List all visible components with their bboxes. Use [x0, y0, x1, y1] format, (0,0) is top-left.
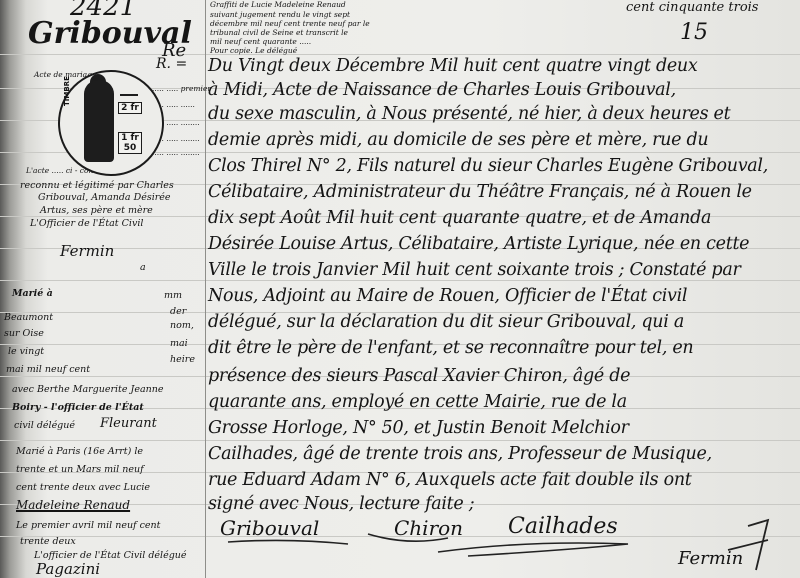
margin-note-line: ..... ..... premier	[152, 84, 211, 93]
act-line: rue Eduard Adam N° 6, Auxquels acte fait…	[208, 470, 692, 490]
marriage-note-1-signature: Fleurant	[100, 416, 157, 431]
stamp-value-top: 2 fr	[118, 102, 142, 114]
marriage-note-1-line: Marié à	[12, 288, 53, 299]
act-line: Clos Thirel N° 2, Fils naturel du sieur …	[208, 156, 768, 176]
signature-flourishes-icon	[208, 510, 800, 578]
marriage-note-2-line: Marié à Paris (16e Arrt) le	[16, 446, 143, 457]
marriage-note-2-signature: Pagazini	[36, 560, 100, 578]
act-line: dix sept Août Mil huit cent quarante qua…	[208, 208, 711, 228]
stamp-ring-text: TIMBRE	[63, 76, 71, 106]
margin-note-line: reconnu et légitimé par Charles	[20, 180, 174, 191]
margin-mid-text: nom,	[170, 320, 194, 331]
top-annotation-line: décembre mil neuf cent trente neuf par l…	[210, 19, 370, 28]
act-line: demie après midi, au domicile de ses pèr…	[208, 130, 708, 150]
register-page: 2421 Gribouval Re R. = Acte de mariage .…	[0, 0, 800, 578]
margin-mid-text: heire	[170, 354, 195, 365]
top-annotation-line: tribunal civil de Seine et transcrit le	[210, 28, 348, 37]
marriage-note-2-line: Madeleine Renaud	[16, 498, 130, 512]
birth-act-body: Graffiti de Lucie Madeleine Renaud suiva…	[208, 0, 800, 578]
act-line: Ville le trois Janvier Mil huit cent soi…	[208, 260, 741, 280]
margin-mid-text: mm	[164, 290, 182, 301]
marriage-note-1-line: Boiry - l'officier de l'État	[12, 402, 144, 413]
marriage-note-2-line: trente deux	[20, 536, 76, 547]
act-line: du sexe masculin, à Nous présenté, né hi…	[208, 104, 730, 124]
margin-mid-text: mai	[170, 338, 188, 349]
left-margin: 2421 Gribouval Re R. = Acte de mariage .…	[0, 0, 208, 578]
margin-note-line: L'Officier de l'État Civil	[30, 218, 143, 229]
marriage-note-1-line: mai mil neuf cent	[6, 364, 90, 375]
top-annotation-line: mil neuf cent quarante .....	[210, 37, 311, 46]
act-line: délégué, sur la déclaration du dit sieur…	[208, 312, 684, 332]
margin-note-line: ..... ..... ........	[152, 148, 200, 157]
top-annotation-line: Graffiti de Lucie Madeleine Renaud	[210, 0, 346, 9]
margin-header-abbrev2: R. =	[156, 56, 187, 72]
act-line: Grosse Horloge, N° 50, et Justin Benoit …	[208, 418, 629, 438]
marriage-note-2-line: Le premier avril mil neuf cent	[16, 520, 160, 531]
marriage-note-1-line: civil délégué	[14, 420, 75, 431]
stamp-value-bottom: 1 fr 50	[118, 132, 142, 154]
marriage-note-1-line: le vingt	[8, 346, 44, 357]
act-line: dit être le père de l'enfant, et se reco…	[208, 338, 693, 358]
fiscal-stamp: TIMBRE 2 fr 1 fr 50	[58, 70, 164, 176]
margin-mid-text: der	[170, 306, 186, 317]
act-line: Désirée Louise Artus, Célibataire, Artis…	[208, 234, 749, 254]
act-line: présence des sieurs Pascal Xavier Chiron…	[208, 366, 630, 386]
act-line: quarante ans, employé en cette Mairie, r…	[208, 392, 627, 412]
top-annotation-line: Pour copie. Le délégué	[210, 46, 297, 55]
marriage-note-1-line: Beaumont	[4, 312, 53, 323]
marriage-note-1-line: sur Oise	[4, 328, 44, 339]
marriage-note-2-line: cent trente deux avec Lucie	[16, 482, 150, 493]
marriage-note-2-line: trente et un Mars mil neuf	[16, 464, 144, 475]
margin-mid-text: a	[140, 262, 146, 273]
act-line: Cailhades, âgé de trente trois ans, Prof…	[208, 444, 712, 464]
act-line: Nous, Adjoint au Maire de Rouen, Officie…	[208, 286, 687, 306]
scales-of-justice-icon	[120, 82, 138, 96]
act-line: Célibataire, Administrateur du Théâtre F…	[208, 182, 752, 202]
top-annotation-line: suivant jugement rendu le vingt sept	[210, 10, 350, 19]
margin-note-line: Artus, ses père et mère	[40, 205, 153, 216]
top-right-number: 15	[680, 20, 708, 45]
margin-note-signature: Fermin	[60, 242, 114, 260]
top-right-words: cent cinquante trois	[626, 0, 758, 15]
margin-note-line: Gribouval, Amanda Désirée	[38, 192, 171, 203]
act-line: à Midi, Acte de Naissance de Charles Lou…	[208, 80, 676, 100]
act-line: Du Vingt deux Décembre Mil huit cent qua…	[208, 56, 697, 76]
marriage-note-1-line: avec Berthe Marguerite Jeanne	[12, 384, 163, 395]
justice-figure-icon	[84, 80, 114, 162]
